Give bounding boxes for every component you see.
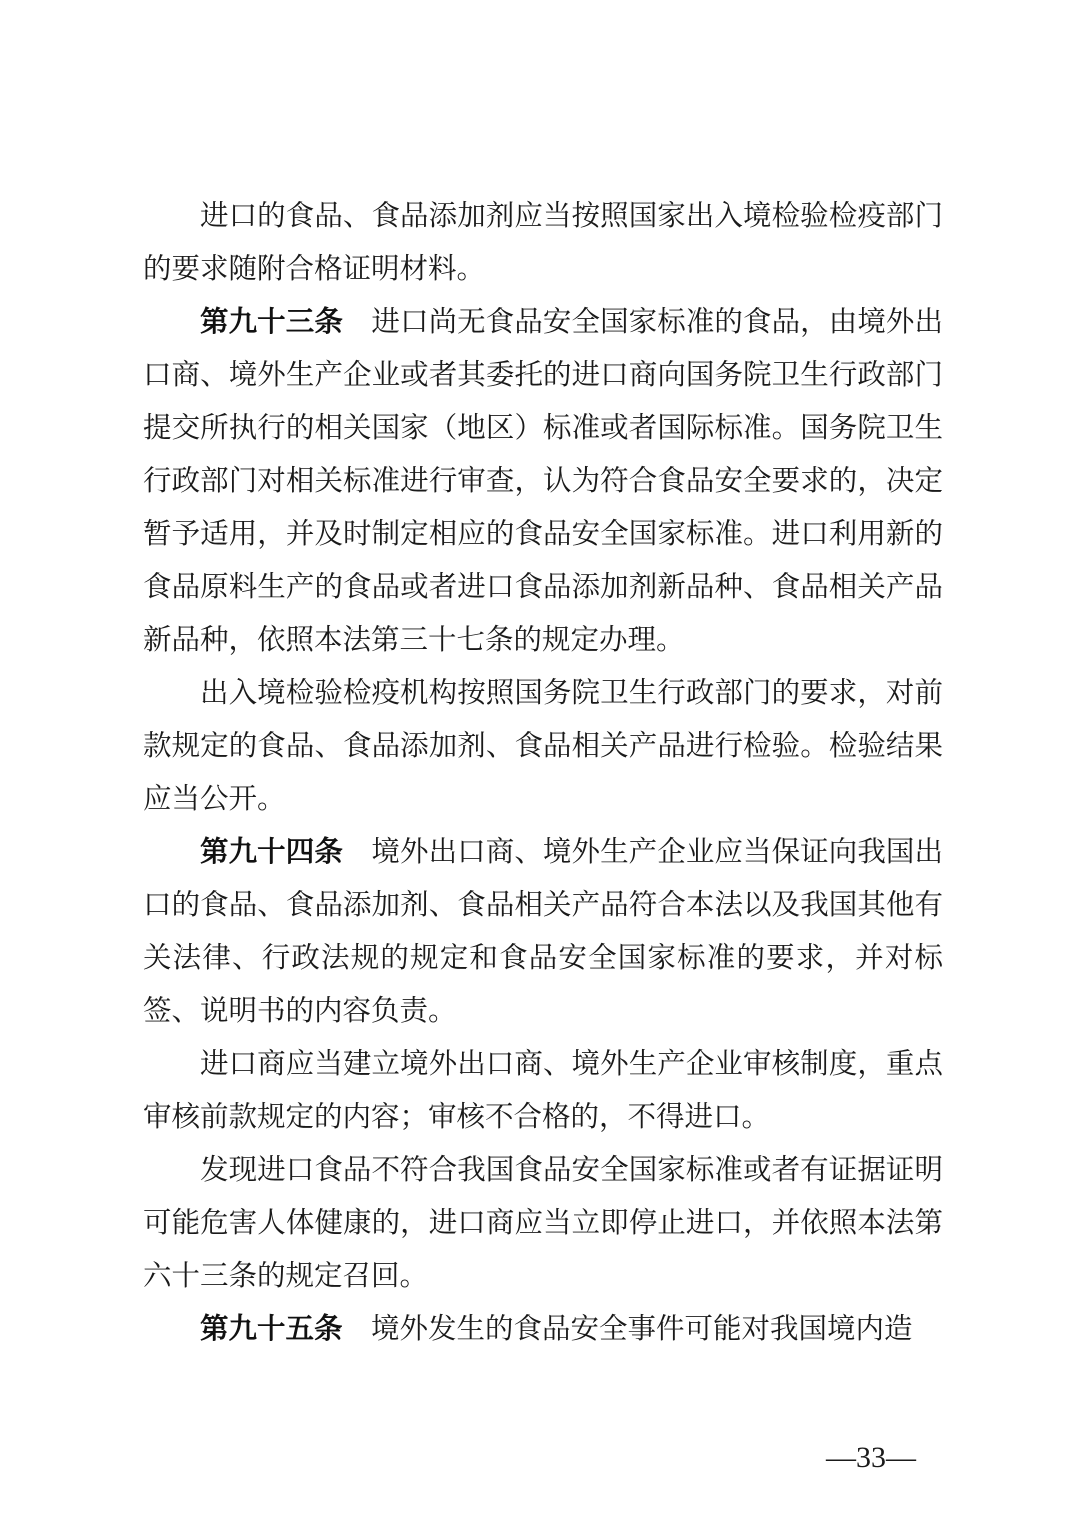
paragraph: 发现进口食品不符合我国食品安全国家标准或者有证据证明可能危害人体健康的，进口商应… (143, 1144, 943, 1303)
paragraph-text: 进口的食品、食品添加剂应当按照国家出入境检验检疫部门的要求随附合格证明材料。 (143, 201, 943, 285)
paragraph: 第九十三条进口尚无食品安全国家标准的食品，由境外出口商、境外生产企业或者其委托的… (143, 296, 943, 667)
page-footer: —33— (826, 1441, 916, 1475)
document-page: 进口的食品、食品添加剂应当按照国家出入境检验检疫部门的要求随附合格证明材料。 第… (0, 0, 1074, 1520)
paragraph: 进口商应当建立境外出口商、境外生产企业审核制度，重点审核前款规定的内容；审核不合… (143, 1038, 943, 1144)
paragraph-text: 境外发生的食品安全事件可能对我国境内造 (371, 1314, 913, 1345)
article-number: 第九十三条 (200, 306, 343, 338)
article-number: 第九十五条 (200, 1313, 343, 1345)
paragraph: 第九十五条境外发生的食品安全事件可能对我国境内造 (143, 1303, 943, 1356)
paragraph-text: 出入境检验检疫机构按照国务院卫生行政部门的要求，对前款规定的食品、食品添加剂、食… (143, 678, 943, 815)
paragraph-text: 进口商应当建立境外出口商、境外生产企业审核制度，重点审核前款规定的内容；审核不合… (143, 1049, 943, 1133)
paragraph: 第九十四条境外出口商、境外生产企业应当保证向我国出口的食品、食品添加剂、食品相关… (143, 826, 943, 1038)
paragraph-text: 进口尚无食品安全国家标准的食品，由境外出口商、境外生产企业或者其委托的进口商向国… (143, 307, 943, 656)
paragraph: 出入境检验检疫机构按照国务院卫生行政部门的要求，对前款规定的食品、食品添加剂、食… (143, 667, 943, 826)
article-number: 第九十四条 (200, 836, 343, 868)
paragraph: 进口的食品、食品添加剂应当按照国家出入境检验检疫部门的要求随附合格证明材料。 (143, 190, 943, 296)
document-body: 进口的食品、食品添加剂应当按照国家出入境检验检疫部门的要求随附合格证明材料。 第… (143, 190, 943, 1356)
paragraph-text: 发现进口食品不符合我国食品安全国家标准或者有证据证明可能危害人体健康的，进口商应… (143, 1155, 943, 1292)
page-number: —33— (826, 1441, 916, 1474)
